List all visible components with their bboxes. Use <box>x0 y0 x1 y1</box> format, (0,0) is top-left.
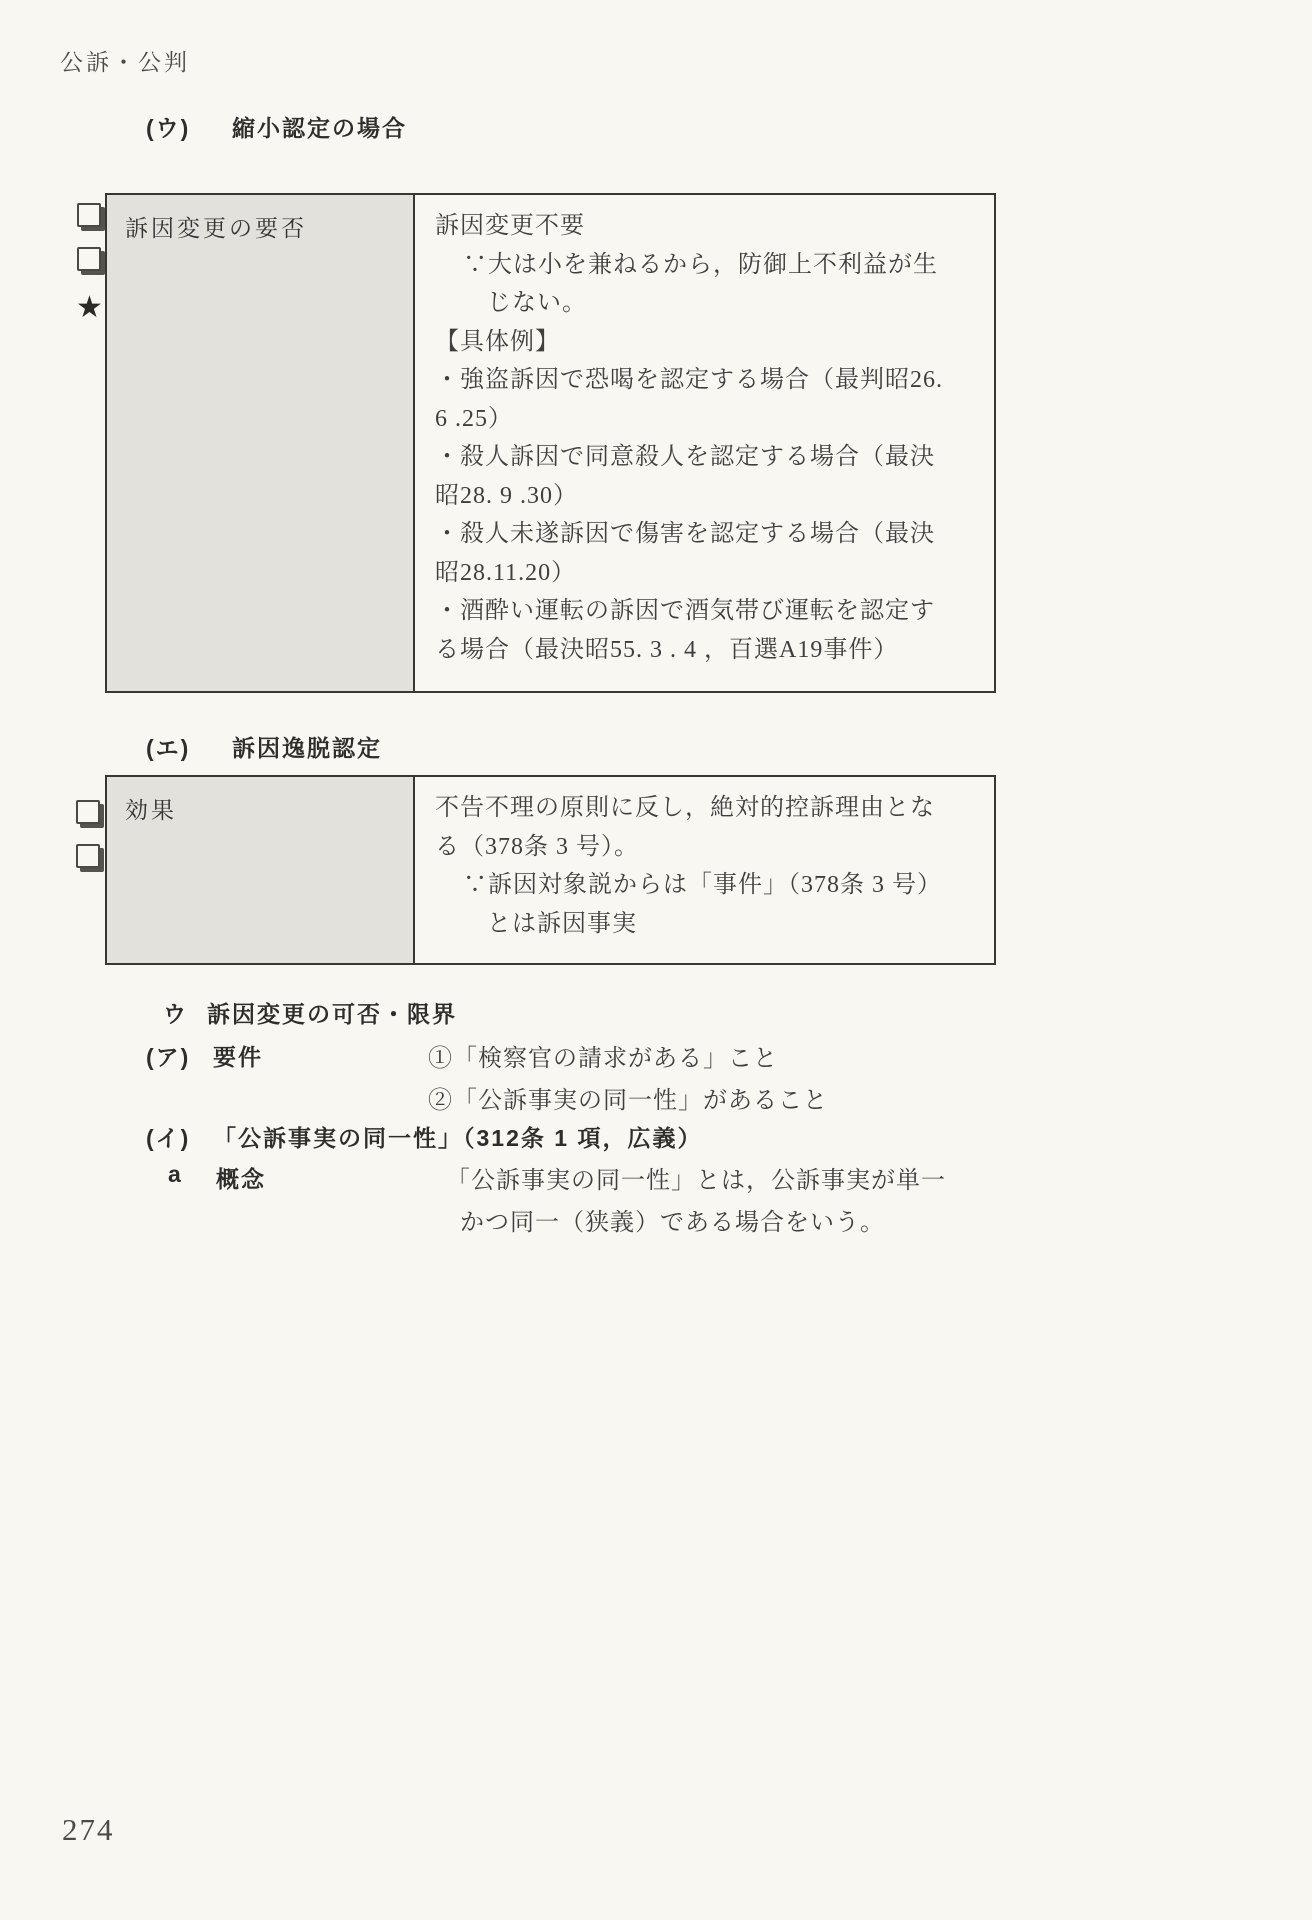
section-title: 訴因逸脱認定 <box>232 730 382 763</box>
table-text-line: ・殺人未遂訴因で傷害を認定する場合（最決 <box>435 515 976 554</box>
section-label: a <box>168 1161 183 1188</box>
section-label: (ウ) <box>146 110 190 143</box>
section-title: 要件 <box>213 1039 263 1072</box>
table-text-line: 不告不理の原則に反し，絶対的控訴理由とな <box>435 789 976 828</box>
section-title: 「公訴事実の同一性」（312条 1 項，広義） <box>213 1120 702 1153</box>
table-text-line: ∵訴因対象説からは「事件」（378条 3 号） <box>435 866 976 905</box>
table1-content-cell: 訴因変更不要 ∵大は小を兼ねるから，防御上不利益が生 じない。 【具体例】 ・強… <box>415 195 994 691</box>
section-label: ウ <box>163 996 188 1029</box>
table-text-line: とは訴因事実 <box>435 905 976 944</box>
checkbox-icon <box>76 844 100 868</box>
table-text-line: 昭28.11.20） <box>435 554 976 593</box>
table-text-line: 【具体例】 <box>435 323 976 362</box>
margin-markers-table1: ★ <box>76 203 103 323</box>
table-text-line: じない。 <box>435 284 976 323</box>
yoken-item: ②「公訴事実の同一性」があること <box>428 1080 828 1115</box>
table2-content-cell: 不告不理の原則に反し，絶対的控訴理由とな る（378条 3 号）。 ∵訴因対象説… <box>415 777 994 963</box>
gainen-line: 「公訴事実の同一性」とは，公訴事実が単一 <box>446 1160 946 1195</box>
section-title: 縮小認定の場合 <box>232 110 407 143</box>
table-text-line: ・強盗訴因で恐喝を認定する場合（最判昭26. <box>435 361 976 400</box>
table-text-line: 6 .25） <box>435 400 976 439</box>
checkbox-icon <box>77 203 101 227</box>
checkbox-icon <box>76 800 100 824</box>
section-title: 訴因変更の可否・限界 <box>207 996 457 1029</box>
table-text-line: ・酒酔い運転の訴因で酒気帯び運転を認定す <box>435 592 976 631</box>
gainen-line: かつ同一（狭義）である場合をいう。 <box>460 1202 885 1237</box>
table-souin-henko-yohi: 訴因変更の要否 訴因変更不要 ∵大は小を兼ねるから，防御上不利益が生 じない。 … <box>105 193 996 693</box>
table1-header-cell: 訴因変更の要否 <box>107 195 415 691</box>
section-label: (ア) <box>146 1039 190 1072</box>
table-text-line: ・殺人訴因で同意殺人を認定する場合（最決 <box>435 438 976 477</box>
section-title: 概念 <box>216 1161 266 1194</box>
checkbox-icon <box>77 247 101 271</box>
table-kouka: 効果 不告不理の原則に反し，絶対的控訴理由とな る（378条 3 号）。 ∵訴因… <box>105 775 996 965</box>
table-text-line: 昭28. 9 .30） <box>435 477 976 516</box>
page-number: 274 <box>62 1812 115 1848</box>
margin-markers-table2 <box>76 800 100 888</box>
table-text-line: る場合（最決昭55. 3 . 4 ，百選A19事件） <box>435 631 976 670</box>
yoken-item: ①「検察官の請求がある」こと <box>428 1038 778 1073</box>
star-icon: ★ <box>76 293 103 323</box>
section-label: (エ) <box>146 730 190 763</box>
table-text-line: る（378条 3 号）。 <box>435 828 976 867</box>
section-label: (イ) <box>146 1120 190 1153</box>
table-text-line: ∵大は小を兼ねるから，防御上不利益が生 <box>435 246 976 285</box>
running-head: 公訴・公判 <box>60 44 190 77</box>
table-text-line: 訴因変更不要 <box>435 207 976 246</box>
table2-header-cell: 効果 <box>107 777 415 963</box>
